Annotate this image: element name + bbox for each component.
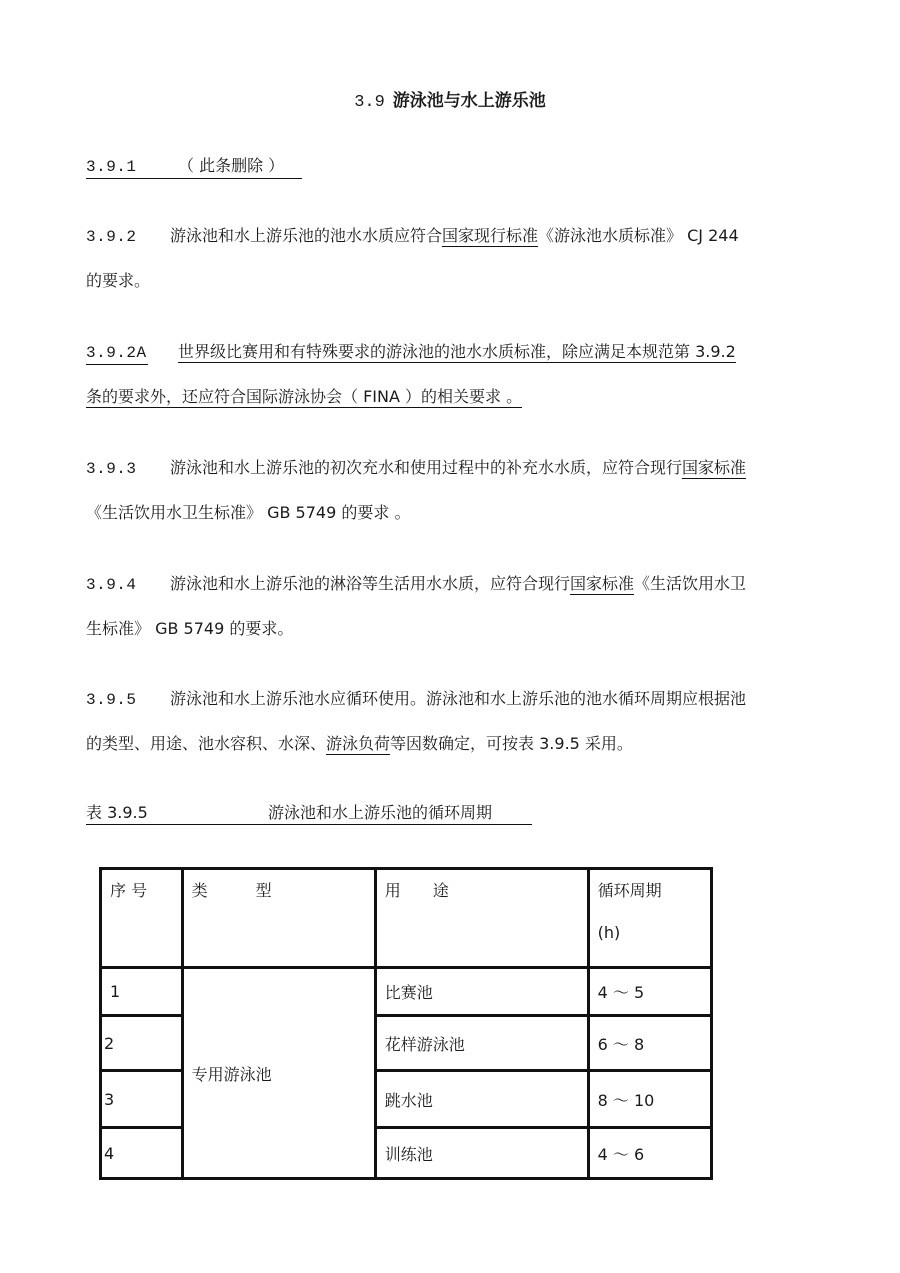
clause-text: 《生活饮用水卫 [634,574,746,593]
swimming-load-term: 游泳负荷 [326,734,390,755]
national-standard-link-text: 国家标准 [682,458,746,479]
cycle-period-table: 序 号 类 型 用 途 循环周期 (h) 1 专用游泳池 比赛池 4 ～ 5 2… [99,867,713,1180]
clause-number: 3.9.1 [86,157,178,177]
clause-text: （ 此条删除 ） [178,156,284,175]
section-title-text: 游泳池与水上游乐池 [393,91,546,111]
cell-cycle: 4 ～ 6 [588,1128,711,1179]
cell-seq: 3 [101,1071,183,1128]
clause-3-9-3-line2: 《生活饮用水卫生标准》 GB 5749 的要求 。 [86,503,410,523]
clause-number: 3.9.5 [86,690,170,710]
table-header-row: 序 号 类 型 用 途 循环周期 (h) [101,869,712,968]
clause-3-9-1: 3.9.1（ 此条删除 ） [86,156,302,179]
clause-number: 3.9.2 [86,227,170,247]
clause-text: 游泳池和水上游乐池的初次充水和使用过程中的补充水水质，应符合现行 [170,458,682,477]
clause-3-9-5: 3.9.5游泳池和水上游乐池水应循环使用。游泳池和水上游乐池的池水循环周期应根据… [86,689,746,710]
cell-seq: 1 [101,968,183,1016]
cell-cycle: 8 ～ 10 [588,1071,711,1128]
header-type: 类 型 [182,869,375,968]
clause-3-9-4-line2: 生标准》 GB 5749 的要求。 [86,619,293,639]
header-seq: 序 号 [101,869,183,968]
clause-text: 条的要求外，还应符合国际游泳协会（ FINA ）的相关要求 。 [86,387,522,408]
cell-use: 训练池 [375,1128,588,1179]
cell-cycle: 6 ～ 8 [588,1016,711,1071]
clause-text: 世界级比赛用和有特殊要求的游泳池的池水水质标准，除应满足本规范第 3.9.2 [178,342,736,363]
clause-text: 游泳池和水上游乐池的淋浴等生活用水水质，应符合现行 [170,574,570,593]
national-standard-link-text: 国家标准 [570,574,634,595]
cell-cycle: 4 ～ 5 [588,968,711,1016]
clause-text: 等因数确定，可按表 3.9.5 采用。 [390,734,633,753]
table-caption-title: 游泳池和水上游乐池的循环周期 [268,803,492,822]
table-caption: 表 3.9.5游泳池和水上游乐池的循环周期 [86,803,532,825]
cell-use: 跳水池 [375,1071,588,1128]
clause-text: 《游泳池水质标准》 CJ 244 [538,226,739,245]
section-number: 3.9 [354,93,385,112]
national-standard-link-text: 国家现行标准 [442,226,538,247]
clause-3-9-2A: 3.9.2A世界级比赛用和有特殊要求的游泳池的池水水质标准，除应满足本规范第 3… [86,342,736,365]
cell-use: 花样游泳池 [375,1016,588,1071]
section-title: 3.9游泳池与水上游乐池 [0,86,900,112]
cell-seq: 4 [101,1128,183,1179]
clause-text: 游泳池和水上游乐池水应循环使用。游泳池和水上游乐池的池水循环周期应根据池 [170,689,746,708]
clause-number: 3.9.4 [86,575,170,595]
clause-text: 游泳池和水上游乐池的池水水质应符合 [170,226,442,245]
clause-3-9-2A-line2: 条的要求外，还应符合国际游泳协会（ FINA ）的相关要求 。 [86,387,522,407]
clause-3-9-2: 3.9.2游泳池和水上游乐池的池水水质应符合国家现行标准《游泳池水质标准》 CJ… [86,226,739,247]
clause-number: 3.9.3 [86,459,170,479]
clause-3-9-5-line2: 的类型、用途、池水容积、水深、游泳负荷等因数确定，可按表 3.9.5 采用。 [86,734,633,754]
cell-use: 比赛池 [375,968,588,1016]
table-caption-label: 表 3.9.5 [86,803,268,823]
clause-text: 的类型、用途、池水容积、水深、 [86,734,326,753]
clause-number: 3.9.2A [86,343,148,365]
clause-3-9-2-line2: 的要求。 [86,271,150,291]
header-use: 用 途 [375,869,588,968]
header-cycle: 循环周期 (h) [588,869,711,968]
clause-3-9-3: 3.9.3游泳池和水上游乐池的初次充水和使用过程中的补充水水质，应符合现行国家标… [86,458,746,479]
cell-seq: 2 [101,1016,183,1071]
table-row: 1 专用游泳池 比赛池 4 ～ 5 [101,968,712,1016]
clause-3-9-4: 3.9.4游泳池和水上游乐池的淋浴等生活用水水质，应符合现行国家标准《生活饮用水… [86,574,746,595]
cell-type-merged: 专用游泳池 [182,968,375,1179]
